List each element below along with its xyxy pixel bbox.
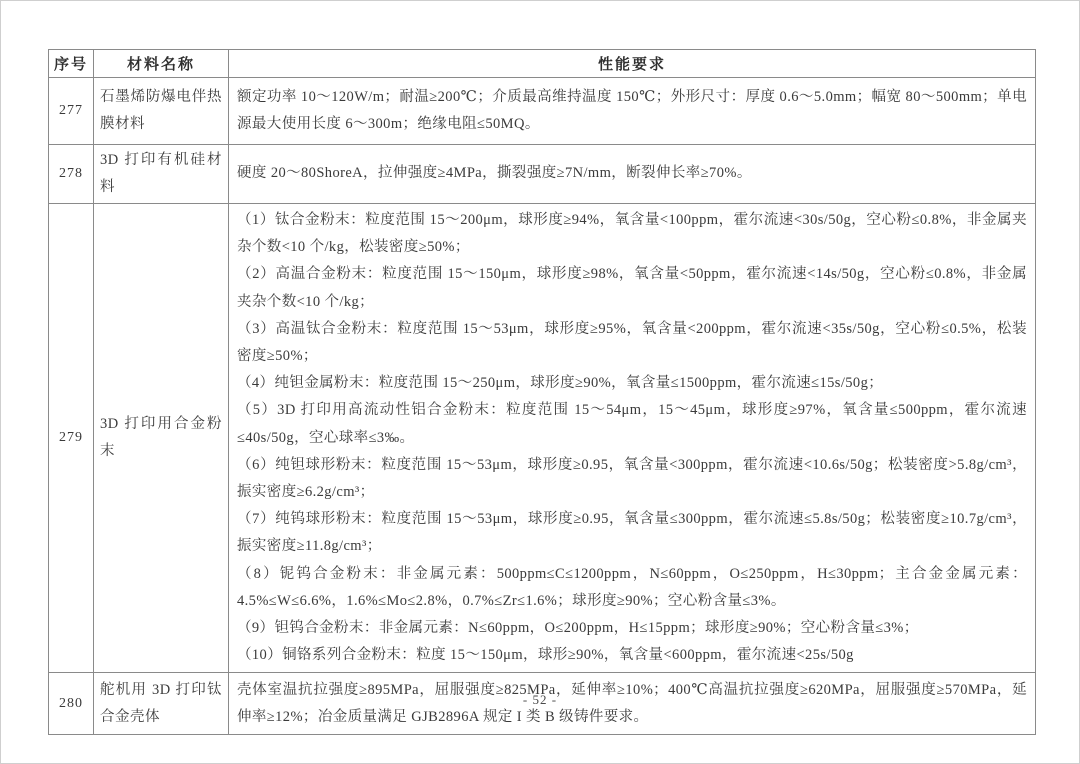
table-row: 277 石墨烯防爆电伴热膜材料 额定功率 10～120W/m；耐温≥200℃；介… (49, 78, 1036, 145)
requirement-text: 硬度 20～80ShoreA，拉伸强度≥4MPa，撕裂强度≥7N/mm，断裂伸长… (237, 160, 1027, 187)
row-seq: 279 (49, 204, 94, 673)
requirement-item: （7）纯钨球形粉末：粒度范围 15～53μm，球形度≥0.95，氧含量≤300p… (237, 506, 1027, 560)
col-header-requirements: 性能要求 (229, 50, 1036, 78)
materials-table: 序号 材料名称 性能要求 277 石墨烯防爆电伴热膜材料 额定功率 10～120… (48, 49, 1036, 735)
requirement-item: （10）铜铬系列合金粉末：粒度 15～150μm，球形≥90%，氧含量<600p… (237, 642, 1027, 669)
row-seq: 277 (49, 78, 94, 145)
row-requirements: （1）钛合金粉末：粒度范围 15～200μm，球形度≥94%，氧含量<100pp… (229, 204, 1036, 673)
requirement-item: （4）纯钽金属粉末：粒度范围 15～250μm，球形度≥90%，氧含量≤1500… (237, 370, 1027, 397)
col-header-material: 材料名称 (94, 50, 229, 78)
requirement-item: （1）钛合金粉末：粒度范围 15～200μm，球形度≥94%，氧含量<100pp… (237, 207, 1027, 261)
table-row: 279 3D 打印用合金粉末 （1）钛合金粉末：粒度范围 15～200μm，球形… (49, 204, 1036, 673)
requirement-item: （5）3D 打印用高流动性铝合金粉末：粒度范围 15～54μm，15～45μm，… (237, 397, 1027, 451)
row-material: 3D 打印用合金粉末 (94, 204, 229, 673)
col-header-seq: 序号 (49, 50, 94, 78)
row-seq: 278 (49, 145, 94, 204)
document-page: 序号 材料名称 性能要求 277 石墨烯防爆电伴热膜材料 额定功率 10～120… (0, 0, 1080, 764)
requirement-text: 额定功率 10～120W/m；耐温≥200℃；介质最高维持温度 150℃；外形尺… (237, 84, 1027, 138)
row-requirements: 硬度 20～80ShoreA，拉伸强度≥4MPa，撕裂强度≥7N/mm，断裂伸长… (229, 145, 1036, 204)
row-material: 石墨烯防爆电伴热膜材料 (94, 78, 229, 145)
requirement-item: （3）高温钛合金粉末：粒度范围 15～53μm，球形度≥95%，氧含量<200p… (237, 316, 1027, 370)
row-material: 3D 打印有机硅材料 (94, 145, 229, 204)
table-row: 278 3D 打印有机硅材料 硬度 20～80ShoreA，拉伸强度≥4MPa，… (49, 145, 1036, 204)
row-requirements: 额定功率 10～120W/m；耐温≥200℃；介质最高维持温度 150℃；外形尺… (229, 78, 1036, 145)
requirement-item: （6）纯钽球形粉末：粒度范围 15～53μm，球形度≥0.95，氧含量<300p… (237, 452, 1027, 506)
table-header-row: 序号 材料名称 性能要求 (49, 50, 1036, 78)
requirement-item: （2）高温合金粉末：粒度范围 15～150μm，球形度≥98%，氧含量<50pp… (237, 261, 1027, 315)
requirement-item: （9）钽钨合金粉末：非金属元素：N≤60ppm，O≤200ppm，H≤15ppm… (237, 615, 1027, 642)
requirement-item: （8）铌钨合金粉末：非金属元素：500ppm≤C≤1200ppm，N≤60ppm… (237, 561, 1027, 615)
page-number: - 52 - (1, 692, 1079, 708)
